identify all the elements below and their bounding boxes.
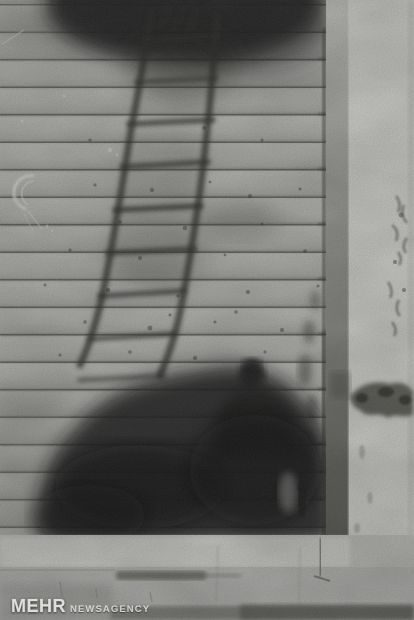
photo-scene xyxy=(0,0,414,620)
watermark-agency: NEWSAGENCY xyxy=(70,605,150,615)
film-grain xyxy=(0,0,414,620)
watermark-brand: MEHR xyxy=(11,597,66,615)
watermark: MEHR NEWSAGENCY xyxy=(11,597,150,615)
photograph: MEHR NEWSAGENCY xyxy=(0,0,414,620)
